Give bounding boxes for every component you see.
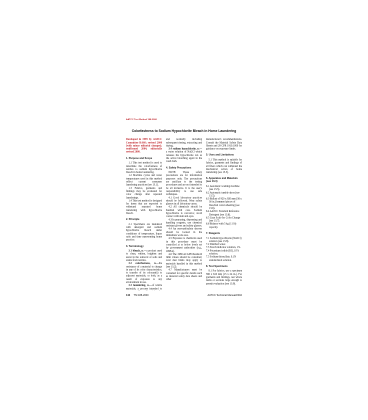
paragraph: 1.3 Fabrics, garments and findings may b… [126, 187, 162, 200]
text-columns: Developed in 1999 by AATCC Committee RA6… [126, 138, 242, 291]
section-heading: 5. Uses and Limitations [206, 154, 242, 157]
paragraph: 3.2 colorfastness, n.—the resistance of … [126, 262, 162, 284]
paragraph: 7.5 Sodium thiosulfate, 0.1N standardize… [206, 256, 242, 262]
page-footer: 142 TM 188-2000 AATCC Technical Manual/2… [126, 294, 242, 297]
manual-ref: AATCC Technical Manual/2010 [207, 294, 242, 297]
paragraph: Developed in 1999 by AATCC Committee RA6… [126, 138, 162, 154]
method-title: Colorfastness to Sodium Hypochlorite Ble… [126, 129, 242, 133]
paragraph: 5.1 This method is suitable for fabrics,… [206, 158, 242, 174]
section-heading: 7. Reagents [206, 232, 242, 235]
paragraph: 3.1 bleach, n.—a product used to clean, … [126, 249, 162, 262]
paragraph: 3.3 laundering, n.—of textile materials,… [126, 284, 162, 291]
page-content: AATCC Test Method 188-2000 Colorfastness… [126, 118, 242, 302]
paragraph: 1.2 Machine cycles and water temperature… [126, 174, 162, 187]
page-number: 142 [126, 294, 130, 297]
paragraph: NOTE: These safety precautions are for i… [166, 171, 202, 196]
section-heading: 8. Test Specimens [206, 265, 242, 268]
paragraph: manufacturer's recommendations. Consult … [206, 138, 242, 151]
paragraph: 4.4 An eyewash/safety shower should be l… [166, 228, 202, 237]
paragraph: 6.6 Balance with 5 kg (11 lb) capacity. [206, 223, 242, 229]
column: and normally including subsequent rinsin… [166, 138, 202, 291]
paragraph: 4.7 Manufacturers must be consulted for … [166, 269, 202, 282]
section-heading: 1. Purpose and Scope [126, 157, 162, 160]
method-ref: TM 188-2000 [134, 294, 149, 297]
paragraph: 1.4 This test method is designed for ite… [126, 199, 162, 215]
section-heading: 6. Apparatus and Materials (see 13.4) [206, 177, 242, 183]
column: Developed in 1999 by AATCC Committee RA6… [126, 138, 162, 291]
paragraph: 1.1 This test method is used to determin… [126, 161, 162, 174]
paragraph: 8.1 For fabrics, use a specimen 380 x 61… [206, 270, 242, 286]
column: manufacturer's recommendations. Consult … [206, 138, 242, 291]
paragraph: 3.4 sodium hypochlorite, n.—a water solu… [166, 147, 202, 163]
paragraph: 4.6 The 1989 ACGIH threshold limit value… [166, 253, 202, 269]
section-heading: 4. Safety Precautions [166, 166, 202, 169]
paragraph: 4.5 Exposure to chemicals used in this p… [166, 237, 202, 253]
paragraph: 6.3 Ballast of 920 x 920 mm (36 x 36 in.… [206, 197, 242, 210]
footer-left: 142 TM 188-2000 [126, 294, 149, 297]
method-number: AATCC Test Method 188-2000 [126, 118, 242, 121]
paragraph: 4.2 All chemicals should be handled with… [166, 206, 202, 219]
paragraph: 2.1 Specimens are laundered with deterge… [126, 223, 162, 242]
section-heading: 2. Principle [126, 218, 162, 221]
page-content-scaler: AATCC Test Method 188-2000 Colorfastness… [126, 118, 242, 302]
paragraph: 4.3 In preparing, dispensing and handlin… [166, 218, 202, 227]
paragraph: and normally including subsequent rinsin… [166, 138, 202, 147]
paragraph: 4.1 Good laboratory practices should be … [166, 196, 202, 205]
document-page: AATCC Test Method 188-2000 Colorfastness… [0, 0, 368, 420]
section-heading: 3. Terminology [126, 245, 162, 248]
